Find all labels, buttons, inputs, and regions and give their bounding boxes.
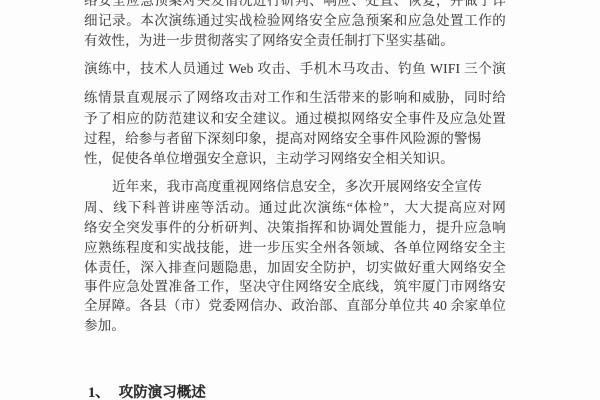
section-title: 攻防演习概述 [119, 385, 206, 400]
section-number: 1、 [88, 385, 110, 400]
text-line: 络安全应急预案对突发情况进行研判、响应、处置、恢复，并做了详 [84, 0, 506, 8]
text-line: 体责任，深入排查问题隐患，加固安全防护，切实做好重大网络安全 [84, 260, 506, 275]
text-line: 近年来，我市高度重视网络信息安全，多次开展网络安全宣传 [112, 179, 506, 194]
section-heading: 1、攻防演习概述 [88, 385, 508, 400]
text-line: 细记录。本次演练通过实战检验网络安全应急预案和应急处置工作的 [84, 13, 506, 28]
text-line: 络安全突发事件的分析研判、决策指挥和协调处置能力，提升应急响 [84, 220, 506, 235]
text-line: 过程，给参与者留下深刻印象，提高对网络安全事件风险源的警惕 [84, 131, 506, 146]
text-line: 参加。 [84, 318, 506, 333]
text-line: 周、线下科普讲座等活动。通过此次演练“体检”，大大提高应对网 [84, 200, 506, 215]
text-line: 予了相应的防范建议和安全建议。通过模拟网络安全事件及应急处置 [84, 111, 506, 126]
text-line: 应熟练程度和实战技能，进一步压实全州各领域、各单位网络安全主 [84, 240, 506, 255]
text-line: 性，促使各单位增强安全意识，主动学习网络安全相关知识。 [84, 151, 506, 166]
text-line: 有效性，为进一步贯彻落实了网络安全责任制打下坚实基础。 [84, 33, 506, 48]
text-line: 练情景直观展示了网络攻击对工作和生活带来的影响和威胁，同时给 [84, 90, 506, 105]
text-line: 事件应急处置准备工作，坚决守住网络安全底线，筑牢厦门市网络安 [84, 279, 506, 294]
text-line: 全屏障。各县（市）党委网信办、政治部、直部分单位共 40 余家单位 [84, 298, 506, 313]
text-line: 演练中，技术人员通过 Web 攻击、手机木马攻击、钓鱼 WIFI 三个演 [84, 61, 506, 76]
document-page: 络安全应急预案对突发情况进行研判、响应、处置、恢复，并做了详 细记录。本次演练通… [0, 0, 600, 400]
